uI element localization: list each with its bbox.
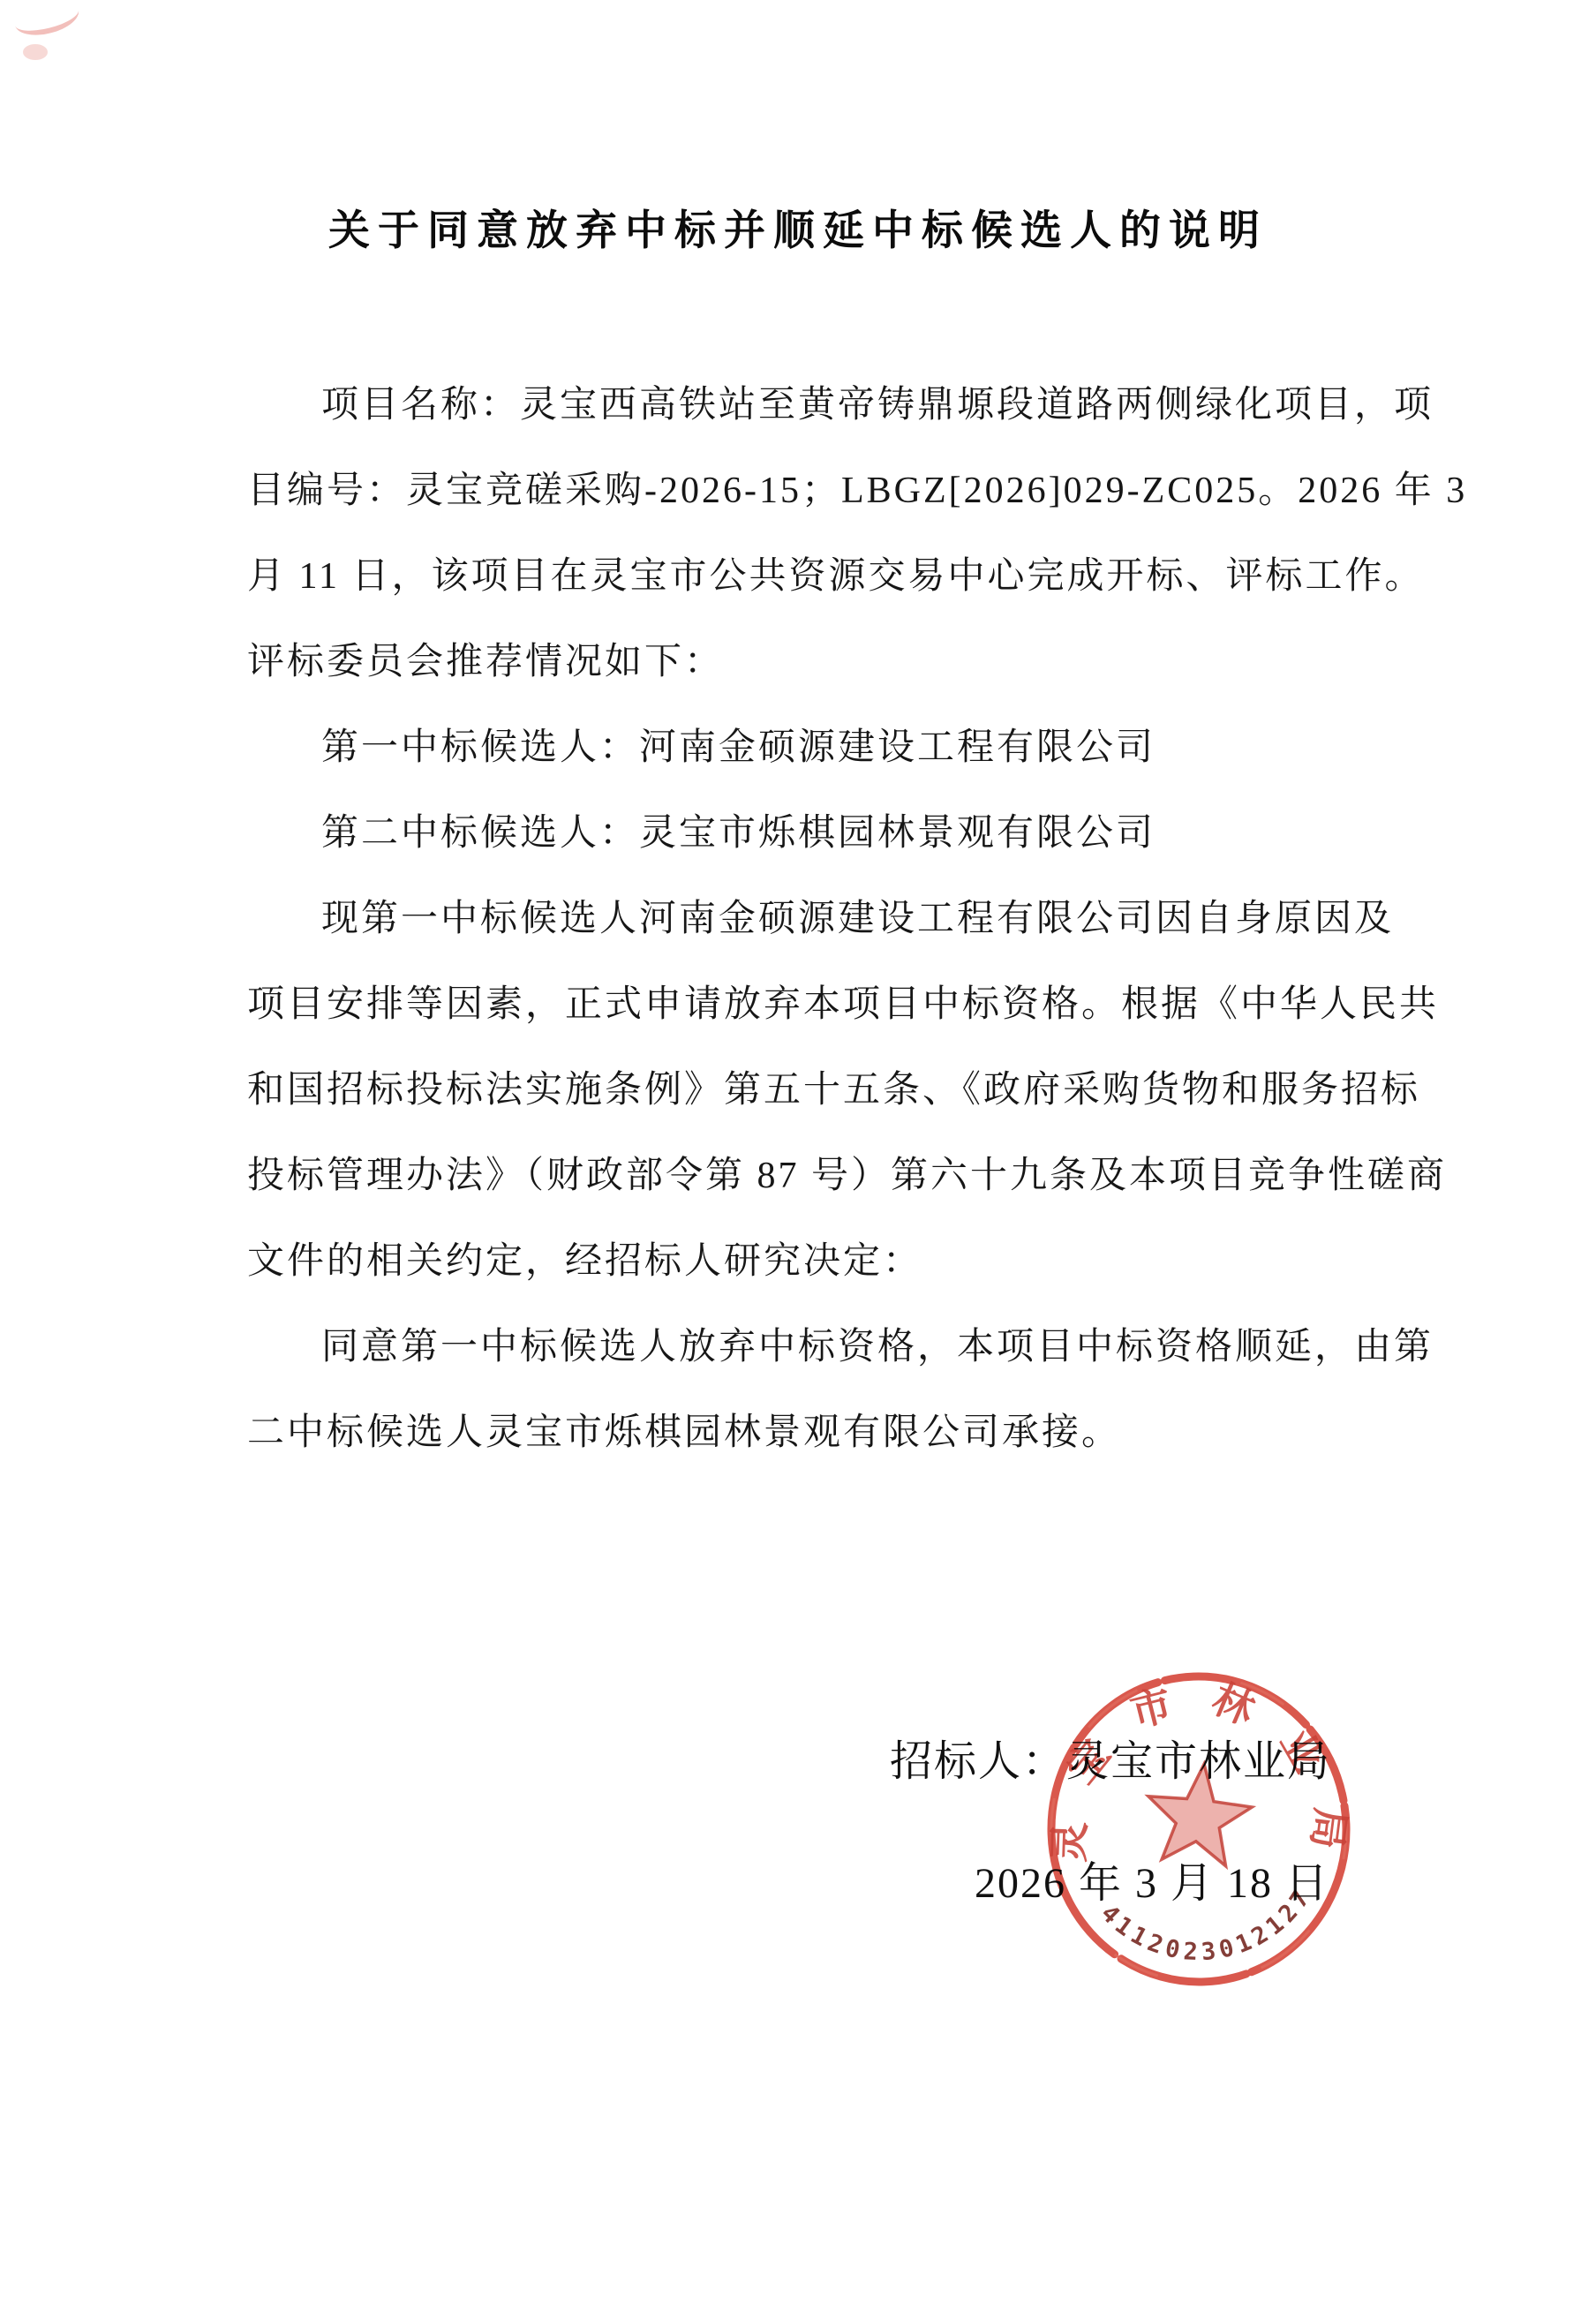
body-line: 第一中标候选人：河南金硕源建设工程有限公司 bbox=[247, 705, 1368, 791]
document-title: 关于同意放弃中标并顺延中标候选人的说明 bbox=[0, 198, 1596, 257]
red-smudge-artifact bbox=[23, 44, 48, 60]
body-line: 月 11 日，该项目在灵宝市公共资源交易中心完成开标、评标工作。 bbox=[247, 534, 1368, 620]
red-smudge-artifact bbox=[11, 0, 83, 41]
body-line: 项目名称：灵宝西高铁站至黄帝铸鼎塬段道路两侧绿化项目，项 bbox=[247, 363, 1368, 448]
seal-graphic: 灵宝市林业局 4112023012127 bbox=[1007, 1638, 1390, 2021]
document-body: 项目名称：灵宝西高铁站至黄帝铸鼎塬段道路两侧绿化项目，项 目编号：灵宝竞磋采购-… bbox=[247, 363, 1368, 1476]
body-line: 投标管理办法》（财政部令第 87 号）第六十九条及本项目竞争性磋商 bbox=[247, 1134, 1368, 1219]
official-seal: 灵宝市林业局 4112023012127 bbox=[1007, 1638, 1390, 2021]
document-page: 关于同意放弃中标并顺延中标候选人的说明 项目名称：灵宝西高铁站至黄帝铸鼎塬段道路… bbox=[0, 0, 1596, 2320]
seal-star bbox=[1142, 1759, 1256, 1868]
body-line: 第二中标候选人：灵宝市烁棋园林景观有限公司 bbox=[247, 791, 1368, 877]
body-line: 文件的相关约定，经招标人研究决定： bbox=[247, 1219, 1368, 1305]
body-line: 目编号：灵宝竞磋采购-2026-15；LBGZ[2026]029-ZC025。2… bbox=[247, 448, 1368, 534]
body-line: 评标委员会推荐情况如下： bbox=[247, 620, 1368, 705]
body-line: 和国招标投标法实施条例》第五十五条、《政府采购货物和服务招标 bbox=[247, 1048, 1368, 1134]
body-line: 同意第一中标候选人放弃中标资格，本项目中标资格顺延，由第 bbox=[247, 1305, 1368, 1390]
body-line: 现第一中标候选人河南金硕源建设工程有限公司因自身原因及 bbox=[247, 877, 1368, 962]
body-line: 项目安排等因素，正式申请放弃本项目中标资格。根据《中华人民共 bbox=[247, 962, 1368, 1048]
body-line: 二中标候选人灵宝市烁棋园林景观有限公司承接。 bbox=[247, 1390, 1368, 1476]
